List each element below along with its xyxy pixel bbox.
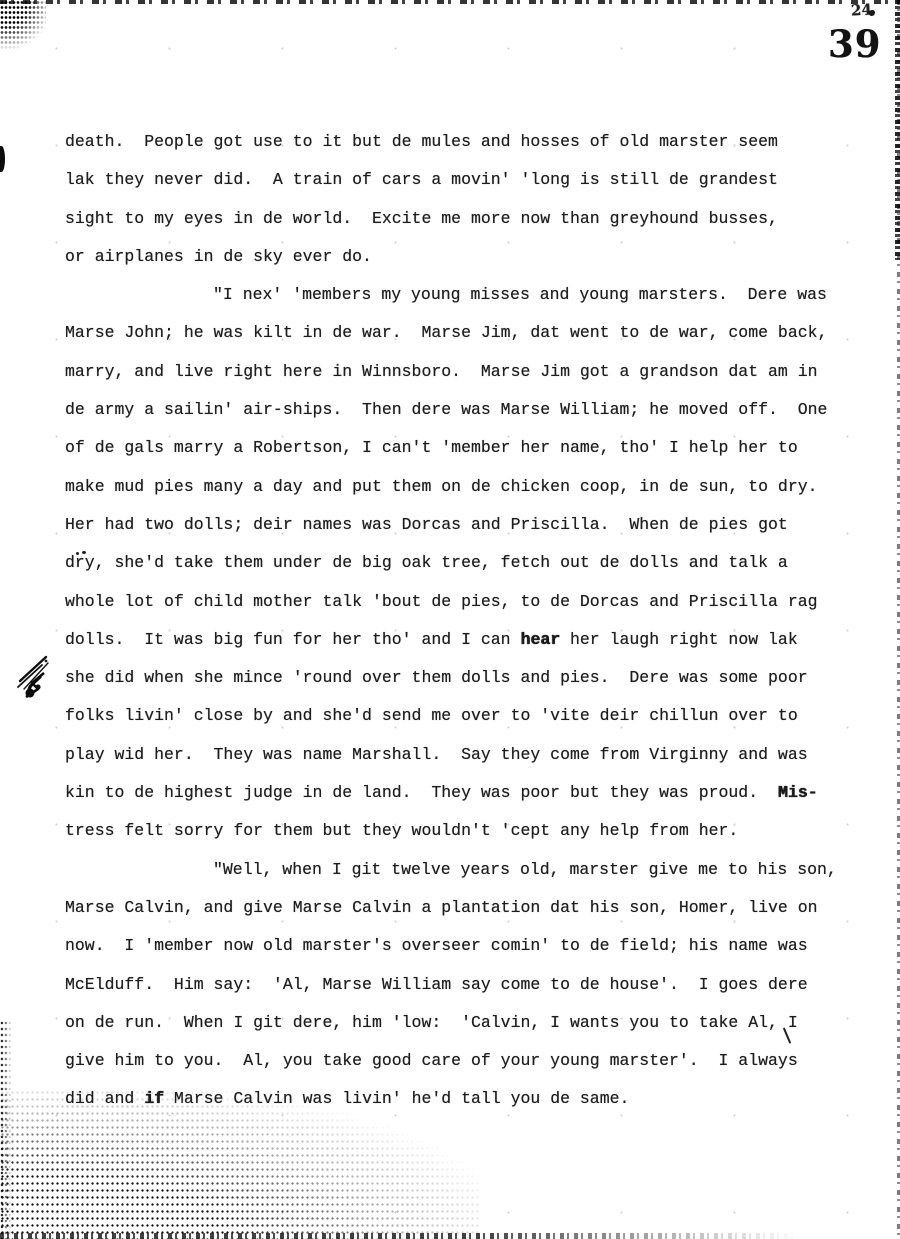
text-line: de army a sailin' air-ships. Then dere w…: [65, 391, 875, 429]
overstruck-word: if: [144, 1089, 164, 1108]
text-line: of de gals marry a Robertson, I can't 'm…: [65, 429, 875, 467]
text-segment: death. People got use to it but de mules…: [65, 132, 778, 151]
text-line: Marse John; he was kilt in de war. Marse…: [65, 314, 875, 352]
ink-blob: [869, 10, 875, 16]
text-line: whole lot of child mother talk 'bout de …: [65, 583, 875, 621]
text-line: on de run. When I git dere, him 'low: 'C…: [65, 1004, 875, 1042]
text-segment: did and: [65, 1089, 144, 1108]
text-segment: marry, and live right here in Winnsboro.…: [65, 362, 818, 381]
text-segment: she did when she mince 'round over them …: [65, 668, 808, 687]
text-line: "Well, when I git twelve years old, mars…: [65, 851, 875, 889]
text-segment: sight to my eyes in de world. Excite me …: [65, 209, 778, 228]
scan-noise-left-edge: [0, 1020, 14, 1239]
text-segment: or airplanes in de sky ever do.: [65, 247, 372, 266]
text-line: folks livin' close by and she'd send me …: [65, 697, 875, 735]
text-segment: now. I 'member now old marster's oversee…: [65, 936, 808, 955]
text-segment: Marse Calvin, and give Marse Calvin a pl…: [65, 898, 818, 917]
text-line: make mud pies many a day and put them on…: [65, 468, 875, 506]
text-segment: Her had two dolls; deir names was Dorcas…: [65, 515, 788, 534]
text-segment: "Well, when I git twelve years old, mars…: [213, 860, 837, 879]
text-line: tress felt sorry for them but they would…: [65, 812, 875, 850]
text-segment: make mud pies many a day and put them on…: [65, 477, 818, 496]
text-segment: tress felt sorry for them but they would…: [65, 821, 738, 840]
text-segment: de army a sailin' air-ships. Then dere w…: [65, 400, 827, 419]
text-line: play wid her. They was name Marshall. Sa…: [65, 736, 875, 774]
text-line: death. People got use to it but de mules…: [65, 123, 875, 161]
text-line: or airplanes in de sky ever do.: [65, 238, 875, 276]
text-line: Her had two dolls; deir names was Dorcas…: [65, 506, 875, 544]
text-segment: dolls. It was big fun for her tho' and I…: [65, 630, 520, 649]
text-segment: Marse John; he was kilt in de war. Marse…: [65, 323, 827, 342]
text-line: now. I 'member now old marster's oversee…: [65, 927, 875, 965]
text-segment: dry, she'd take them under de big oak tr…: [65, 553, 788, 572]
scan-edge-right-top: [895, 0, 900, 260]
text-line: did and if Marse Calvin was livin' he'd …: [65, 1080, 875, 1118]
left-margin-mark: [0, 146, 5, 172]
text-line: she did when she mince 'round over them …: [65, 659, 875, 697]
overstruck-word: Mis-: [778, 783, 818, 802]
text-segment: her laugh right now lak: [560, 630, 798, 649]
text-segment: on de run. When I git dere, him 'low: 'C…: [65, 1013, 798, 1032]
text-line: dry, she'd take them under de big oak tr…: [65, 544, 875, 582]
text-line: lak they never did. A train of cars a mo…: [65, 161, 875, 199]
typewritten-text: death. People got use to it but de mules…: [65, 123, 875, 1119]
text-segment: of de gals marry a Robertson, I can't 'm…: [65, 438, 798, 457]
text-line: dolls. It was big fun for her tho' and I…: [65, 621, 875, 659]
document-page: 24 39 death. People got use to it but de…: [0, 0, 900, 1239]
text-segment: whole lot of child mother talk 'bout de …: [65, 592, 818, 611]
text-segment: kin to de highest judge in de land. They…: [65, 783, 778, 802]
scan-edge-bottom: [0, 1233, 800, 1239]
text-line: Marse Calvin, and give Marse Calvin a pl…: [65, 889, 875, 927]
page-number: 39: [828, 22, 880, 66]
text-segment: lak they never did. A train of cars a mo…: [65, 170, 778, 189]
text-line: McElduff. Him say: 'Al, Marse William sa…: [65, 966, 875, 1004]
scan-corner-smudge: [0, 0, 46, 52]
text-segment: folks livin' close by and she'd send me …: [65, 706, 798, 725]
overstruck-word: hear: [520, 630, 560, 649]
text-line: marry, and live right here in Winnsboro.…: [65, 353, 875, 391]
text-line: sight to my eyes in de world. Excite me …: [65, 200, 875, 238]
text-line: "I nex' 'members my young misses and you…: [65, 276, 875, 314]
ink-scribble-mark: [16, 643, 68, 699]
text-line: kin to de highest judge in de land. They…: [65, 774, 875, 812]
text-segment: play wid her. They was name Marshall. Sa…: [65, 745, 808, 764]
text-segment: give him to you. Al, you take good care …: [65, 1051, 798, 1070]
text-segment: McElduff. Him say: 'Al, Marse William sa…: [65, 975, 808, 994]
text-segment: "I nex' 'members my young misses and you…: [213, 285, 827, 304]
scan-edge-top: [0, 0, 900, 4]
text-segment: Marse Calvin was livin' he'd tall you de…: [164, 1089, 629, 1108]
text-line: give him to you. Al, you take good care …: [65, 1042, 875, 1080]
